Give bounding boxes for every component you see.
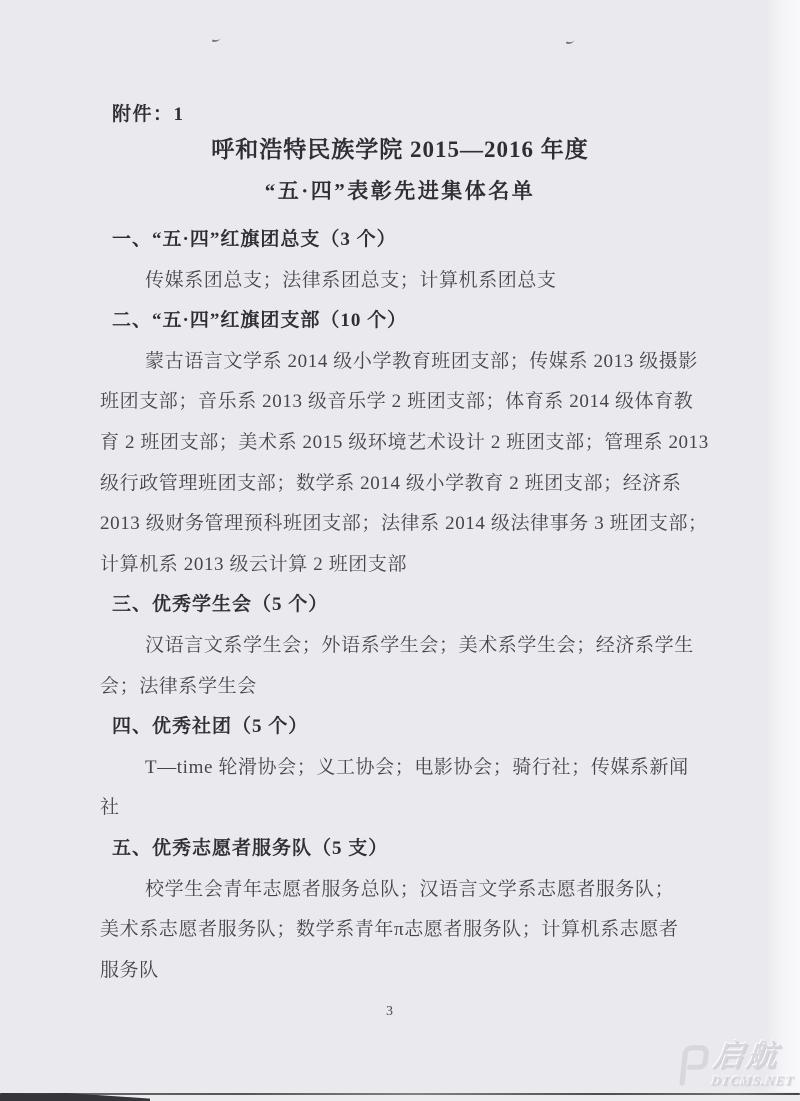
document-line: 美术系志愿者服务队；数学系青年π志愿者服务队；计算机系志愿者 [100, 910, 700, 951]
scan-speck [212, 34, 221, 44]
scanned-document-page: 附件：1 呼和浩特民族学院 2015—2016 年度 “五·四”表彰先进集体名单… [0, 0, 800, 1101]
document-line: 传媒系团总支；法律系团总支；计算机系团总支 [100, 261, 700, 302]
document-line: 会；法律系学生会 [100, 667, 700, 708]
document-line: 级行政管理班团支部；数学系 2014 级小学教育 2 班团支部；经济系 [100, 464, 700, 505]
document-line: 蒙古语言文学系 2014 级小学教育班团支部；传媒系 2013 级摄影 [100, 342, 700, 383]
document-line: 2013 级财务管理预科班团支部；法律系 2014 级法律事务 3 班团支部； [100, 504, 700, 545]
document-line: 社 [100, 788, 700, 829]
document-line: T—time 轮滑协会；义工协会；电影协会；骑行社；传媒系新闻 [100, 748, 700, 789]
document-line: 校学生会青年志愿者服务总队；汉语言文学系志愿者服务队； [100, 870, 700, 911]
section-heading: 三、优秀学生会（5 个） [100, 585, 700, 626]
attachment-label: 附件：1 [112, 99, 185, 126]
section-heading: 二、“五·四”红旗团支部（10 个） [100, 301, 700, 342]
document-line: 服务队 [100, 951, 700, 992]
scan-speck [566, 36, 575, 46]
document-line: 计算机系 2013 级云计算 2 班团支部 [100, 545, 700, 586]
watermark-brand: 启航 [712, 1042, 798, 1072]
dtcms-logo-icon [673, 1042, 714, 1088]
document-lines: 一、“五·四”红旗团总支（3 个）传媒系团总支；法律系团总支；计算机系团总支二、… [100, 220, 700, 991]
watermark-site: DTCMS.NET [711, 1074, 795, 1087]
document-line: 汉语言文系学生会；外语系学生会；美术系学生会；经济系学生 [100, 626, 700, 667]
page-bottom-edge [0, 1093, 800, 1095]
document-line: 班团支部；音乐系 2013 级音乐学 2 班团支部；体育系 2014 级体育教 [100, 382, 700, 423]
document-subtitle: “五·四”表彰先进集体名单 [100, 175, 700, 205]
page-number: 3 [100, 1004, 680, 1020]
section-heading: 五、优秀志愿者服务队（5 支） [100, 829, 700, 870]
section-heading: 四、优秀社团（5 个） [100, 707, 700, 748]
paper-right-edge [766, 0, 800, 1092]
document-line: 育 2 班团支部；美术系 2015 级环境艺术设计 2 班团支部；管理系 201… [100, 423, 700, 464]
document-title: 呼和浩特民族学院 2015—2016 年度 [100, 131, 700, 164]
watermark: 启航 DTCMS.NET [673, 1042, 799, 1088]
section-heading: 一、“五·四”红旗团总支（3 个） [100, 220, 700, 261]
